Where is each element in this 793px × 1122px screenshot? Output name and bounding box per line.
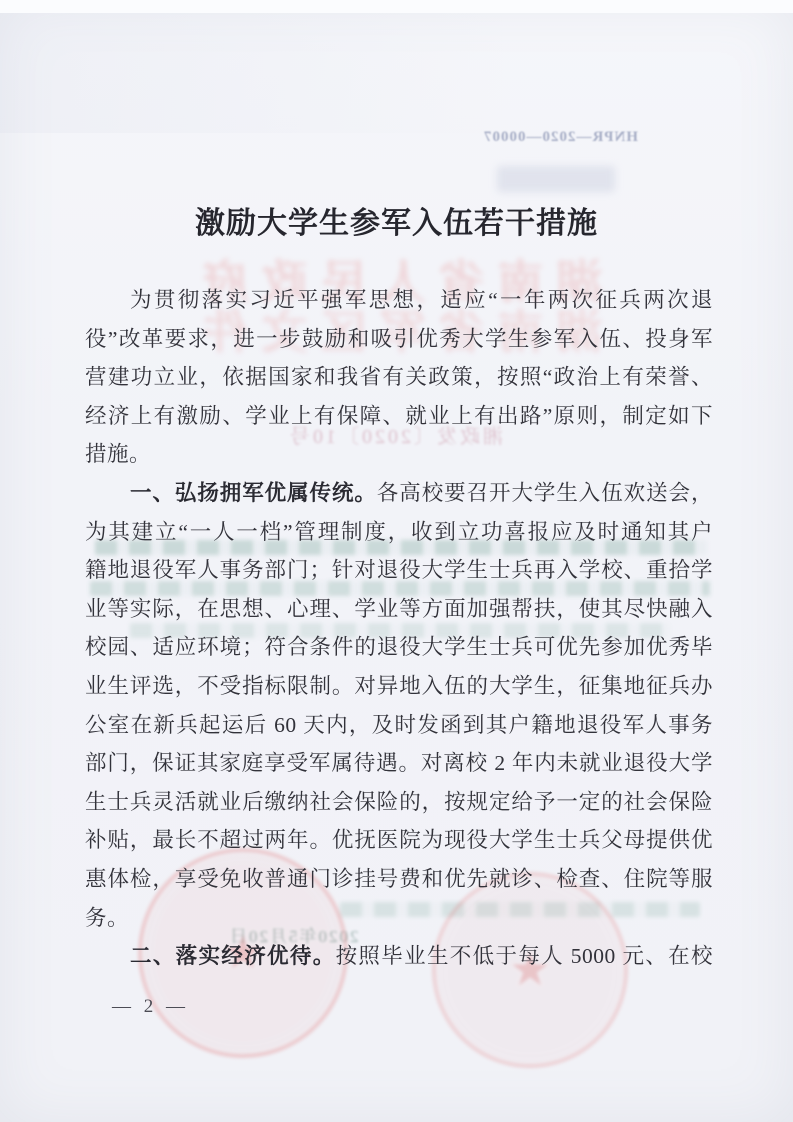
scan-seam-shading	[0, 13, 553, 133]
body-line: 业生评选，不受指标限制。对异地入伍的大学生，征集地征兵办	[85, 667, 713, 706]
body-line-section1-head: 一、弘扬拥军优属传统。各高校要召开大学生入伍欢送会，	[85, 474, 713, 513]
section1-heading: 一、弘扬拥军优属传统。	[130, 481, 377, 505]
body-line: 务。	[85, 899, 713, 938]
body-line: 惠体检，享受免收普通门诊挂号费和优先就诊、检查、住院等服	[85, 860, 713, 899]
body-line: 补贴，最长不超过两年。优抚医院为现役大学生士兵父母提供优	[85, 821, 713, 860]
body-line: 校园、适应环境；符合条件的退役大学生士兵可优先参加优秀毕	[85, 628, 713, 667]
body-line: 业等实际，在思想、心理、学业等方面加强帮扶，使其尽快融入	[85, 590, 713, 629]
section2-heading: 二、落实经济优待。	[130, 944, 336, 968]
body-line: 措施。	[85, 435, 713, 474]
body-line: 公室在新兵起运后 60 天内，及时发函到其户籍地退役军人事务	[85, 706, 713, 745]
body-line: 营建功立业，依据国家和我省有关政策，按照“政治上有荣誉、	[85, 358, 713, 397]
bleedthrough-smudge	[497, 166, 615, 192]
document-title: 激励大学生参军入伍若干措施	[0, 198, 793, 242]
page-number: — 2 —	[112, 996, 189, 1018]
body-line: 籍地退役军人事务部门；针对退役大学生士兵再入学校、重拾学	[85, 551, 713, 590]
body-line: 为贯彻落实习近平强军思想，适应“一年两次征兵两次退	[85, 281, 713, 320]
document-body: 为贯彻落实习近平强军思想，适应“一年两次征兵两次退 役”改革要求，进一步鼓励和吸…	[85, 281, 713, 976]
scanned-document-page: HNPR—2020—00007 湖南省人民政府 湖南省军区文件 湘政发〔2020…	[0, 0, 793, 1122]
body-line: 经济上有激励、学业上有保障、就业上有出路”原则，制定如下	[85, 397, 713, 436]
body-line: 生士兵灵活就业后缴纳社会保险的，按规定给予一定的社会保险	[85, 783, 713, 822]
section1-head-rest: 各高校要召开大学生入伍欢送会，	[377, 481, 713, 505]
scan-edge-strip	[0, 0, 793, 13]
body-line-section2-head: 二、落实经济优待。按照毕业生不低于每人 5000 元、在校	[85, 937, 713, 976]
body-line: 为其建立“一人一档”管理制度，收到立功喜报应及时通知其户	[85, 513, 713, 552]
section2-head-rest: 按照毕业生不低于每人 5000 元、在校	[336, 944, 713, 968]
body-line: 部门，保证其家庭享受军属待遇。对离校 2 年内未就业退役大学	[85, 744, 713, 783]
body-line: 役”改革要求，进一步鼓励和吸引优秀大学生参军入伍、投身军	[85, 320, 713, 359]
